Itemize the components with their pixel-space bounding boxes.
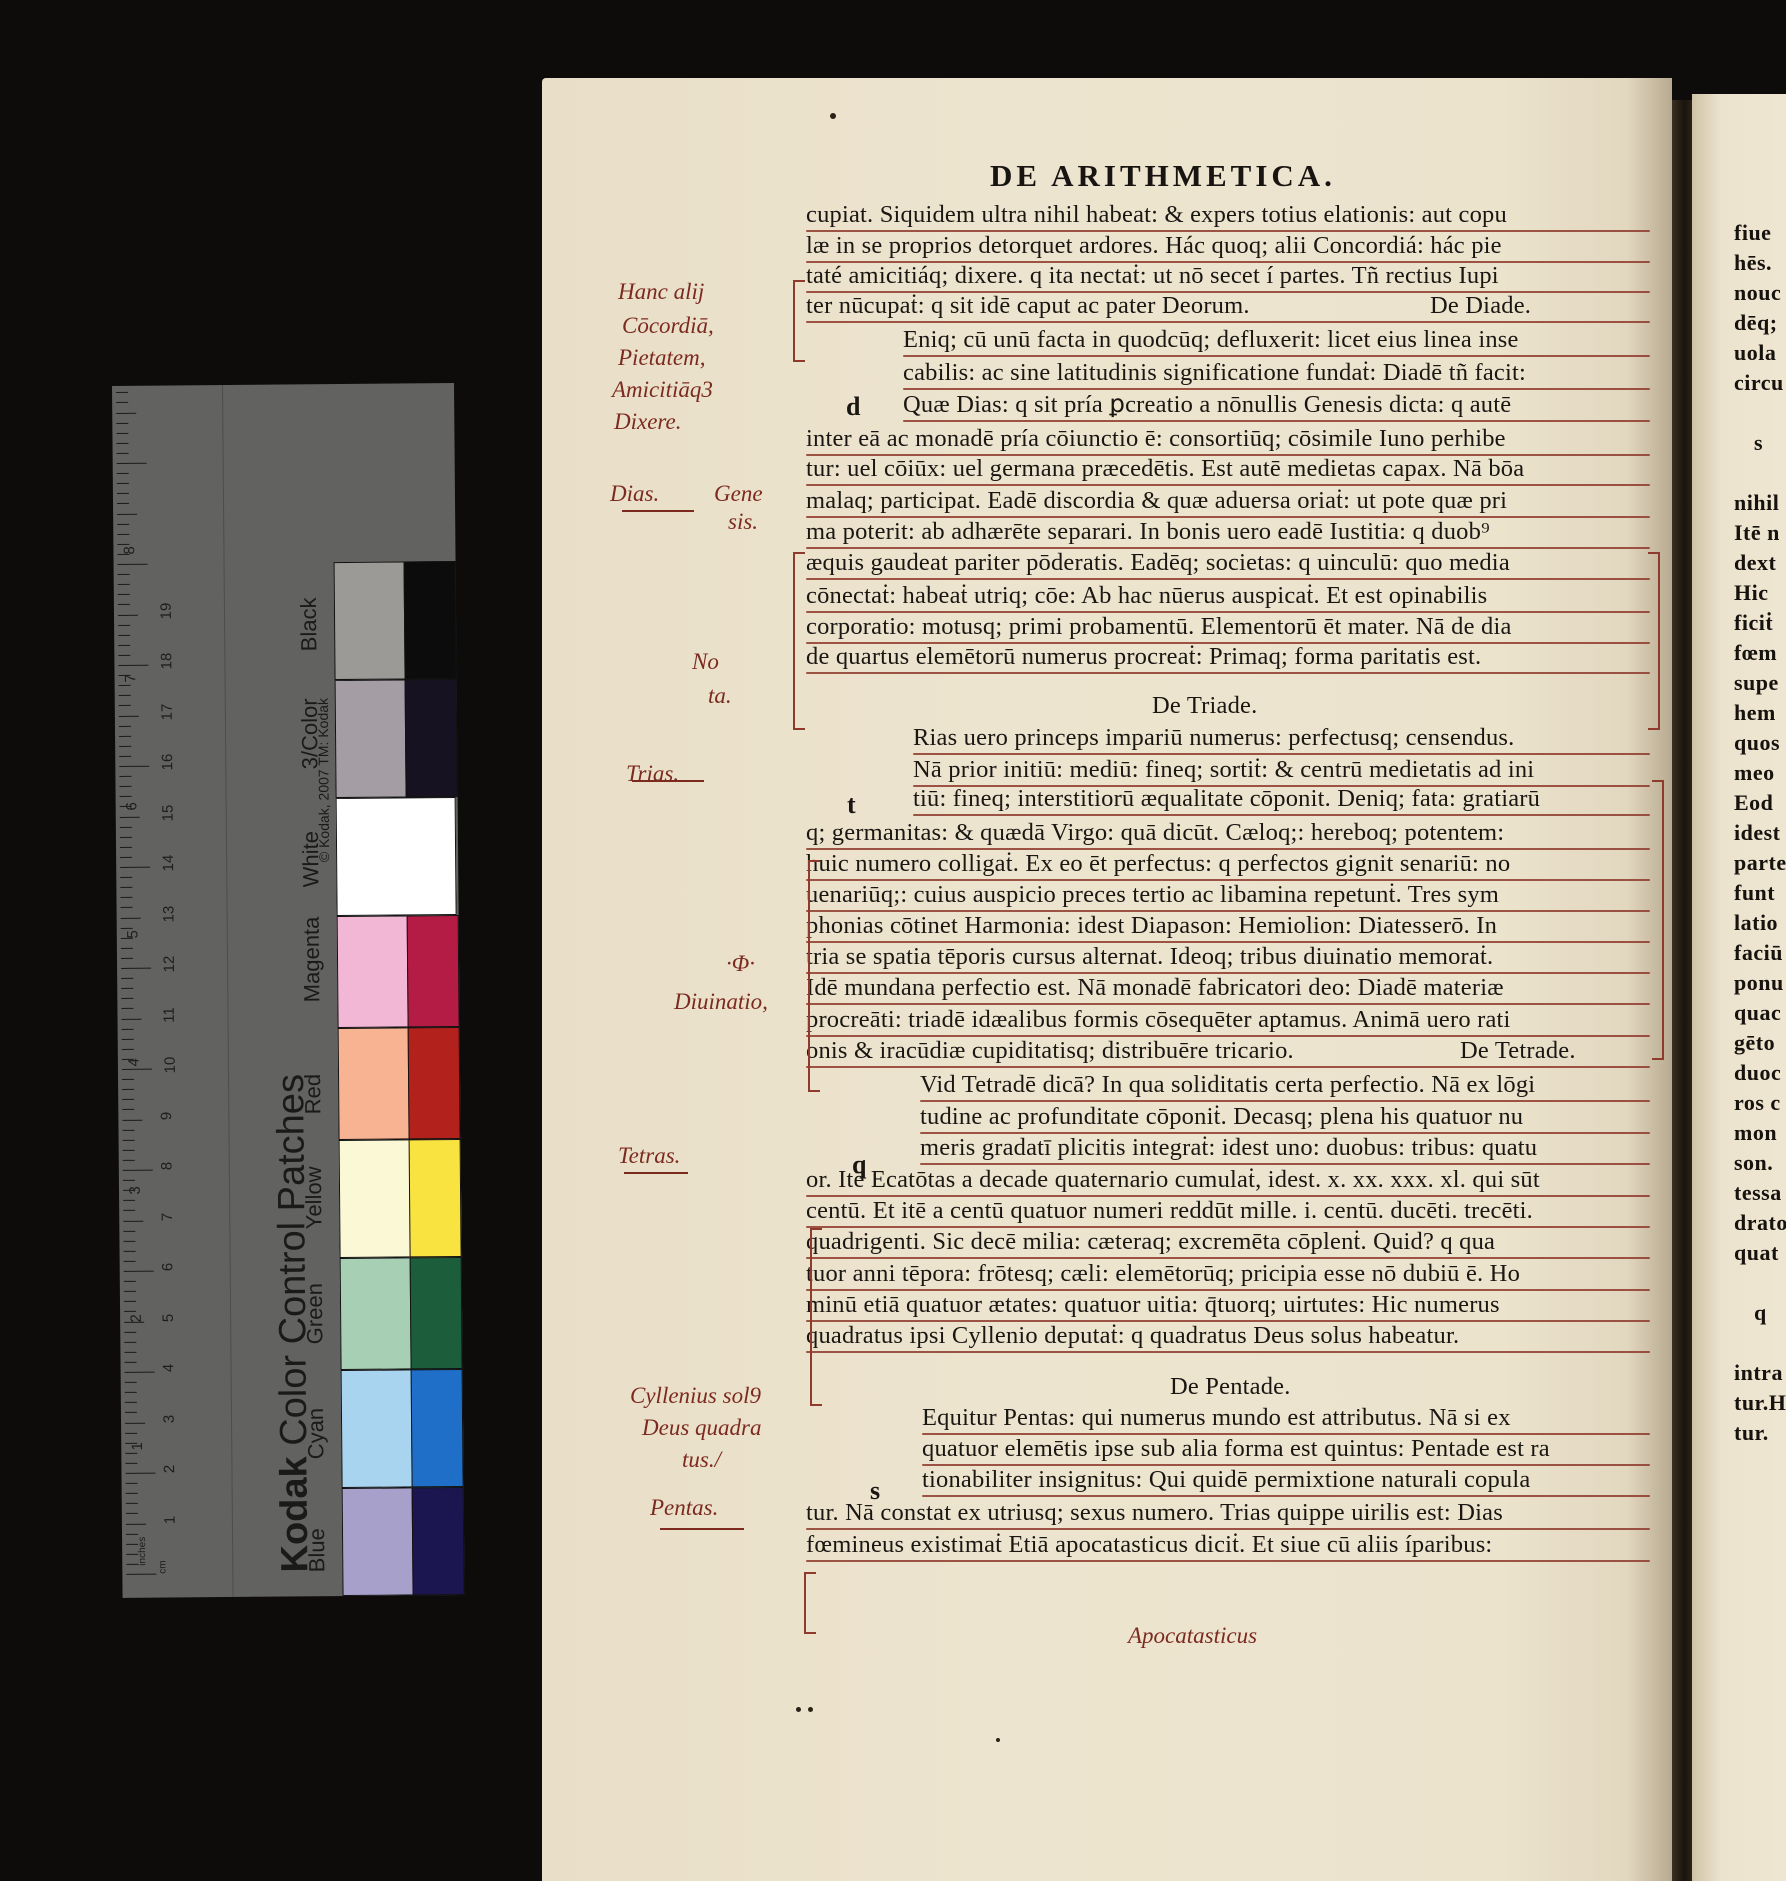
facing-page-text: quat — [1734, 1240, 1779, 1266]
text-line: Idē mundana perfectio est. Nā monadē fab… — [806, 973, 1504, 1003]
color-patch-black-dark — [404, 561, 457, 679]
facing-page-text: funt — [1734, 880, 1775, 906]
facing-page-text: fœm — [1734, 640, 1777, 666]
ruler-cm-label: 16 — [159, 754, 176, 771]
facing-page-text: s — [1754, 430, 1763, 456]
ruler-tick — [118, 645, 130, 646]
color-patch-cyan-dark — [411, 1369, 464, 1487]
color-patch-blue-light — [342, 1487, 415, 1596]
guide-letter: t — [847, 790, 856, 820]
ruler-inch-label: 1 — [129, 1442, 146, 1450]
ruler-tick — [116, 443, 128, 444]
margin-note: Hanc alij — [618, 278, 704, 306]
ruler-cm-label: 11 — [161, 1007, 178, 1023]
ruler-tick — [119, 725, 131, 726]
ruler-tick — [117, 523, 129, 524]
ruler-cm-label: 5 — [160, 1313, 177, 1321]
text-line: de quartus elemētorū numerus procreaṫ: P… — [806, 642, 1481, 672]
text-line: taté amicitiáq; dixere. q ita nectaṫ: ut… — [806, 261, 1499, 291]
text-line: or. Itē Ecatōtas a decade quaternario cu… — [806, 1165, 1540, 1195]
ruler-tick — [120, 837, 132, 838]
rubric-underline — [806, 672, 1650, 674]
rubric-underline — [913, 814, 1650, 816]
ruler-tick — [126, 1503, 138, 1504]
ruler-tick — [120, 867, 150, 868]
ruler-tick — [118, 665, 148, 666]
text-line: æquis gaudeat pariter pōderatis. Eadēq; … — [806, 548, 1510, 578]
ruler-tick — [126, 1483, 138, 1484]
ruler-tick — [118, 604, 130, 605]
ruler-cm-label: 1 — [162, 1515, 179, 1523]
ruler-tick — [124, 1271, 154, 1272]
rubric-bracket — [804, 1572, 816, 1634]
rubric-bracket — [1652, 780, 1664, 1060]
facing-page-text: ros c — [1734, 1090, 1781, 1116]
ruler-tick — [123, 1230, 135, 1231]
ink-spot — [830, 113, 836, 119]
facing-page-edge: fiuehēs.noucdēq;uolacircusnihilItē ndext… — [1692, 94, 1786, 1881]
text-line: tuor anni tēpora: frōtesq; cæli: elemēto… — [806, 1259, 1520, 1289]
text-line: Quæ Dias: q sit pría ꝑcreatio a nōnullis… — [903, 390, 1511, 420]
text-line: tionabiliter insignitus: Qui quidē permi… — [922, 1465, 1530, 1495]
ruler-tick — [120, 877, 132, 878]
ruler-tick — [116, 392, 128, 393]
ruler-tick — [123, 1220, 143, 1221]
text-line: meris gradatī plicitis integraṫ: idest u… — [920, 1133, 1537, 1163]
section-heading: De Triade. — [1152, 691, 1257, 721]
facing-page-text: quos — [1734, 730, 1780, 756]
ruler-inch-label: 3 — [127, 1186, 144, 1194]
ruler-tick — [116, 412, 136, 413]
rubric-underline — [806, 321, 1650, 323]
ruler-tick — [117, 473, 129, 474]
ruler-tick — [116, 422, 128, 423]
text-line: quadratus ipsi Cyllenio deputaṫ: q quadr… — [806, 1321, 1459, 1351]
text-line: malaq; participat. Eadē discordia & quæ … — [806, 486, 1507, 516]
margin-note: Cōcordiā, — [622, 312, 714, 340]
patch-label: White — [298, 831, 324, 887]
color-patch-3color-dark — [405, 679, 458, 797]
ink-spot — [996, 1738, 1000, 1742]
ruler-inch-label: 7 — [122, 674, 139, 682]
ruler-cm-label: 14 — [160, 855, 177, 872]
facing-page-text: ponu — [1734, 970, 1784, 996]
rubric-bracket — [1648, 552, 1660, 730]
facing-page-text: nihil — [1734, 490, 1779, 516]
text-line: uenariūq;: cuius auspicio preces tertio … — [806, 880, 1499, 910]
ruler-tick — [124, 1281, 136, 1282]
color-patch-green-light — [340, 1257, 413, 1370]
note-underline — [632, 780, 704, 782]
rubric-underline — [806, 1560, 1650, 1562]
ruler-tick — [120, 796, 132, 797]
text-line: Equitur Pentas: qui numerus mundo est at… — [922, 1403, 1511, 1433]
facing-page-text: uola — [1734, 340, 1776, 366]
margin-note: Apocatasticus — [1128, 1622, 1257, 1650]
rubric-underline — [806, 1351, 1650, 1353]
section-heading: De Pentade. — [1170, 1372, 1291, 1402]
ruler-tick — [121, 1008, 133, 1009]
ruler-tick — [118, 624, 130, 625]
ruler-tick — [125, 1432, 137, 1433]
text-line: cupiat. Siquidem ultra nihil habeat: & e… — [806, 200, 1507, 230]
ruler-tick — [117, 544, 129, 545]
ruler-tick — [119, 766, 149, 767]
patch-label: Cyan — [303, 1408, 329, 1460]
ruler-tick — [116, 402, 128, 403]
ruler-tick — [117, 493, 129, 494]
margin-note: Dixere. — [614, 408, 681, 436]
margin-note: Pietatem, — [618, 344, 706, 372]
patch-label: Green — [302, 1283, 329, 1344]
ruler-tick — [122, 1049, 134, 1050]
ruler-tick — [125, 1362, 137, 1363]
color-patch-3color-light — [335, 679, 408, 798]
text-line: minū etiā quatuor ætates: quatuor uitia:… — [806, 1290, 1500, 1320]
ruler-tick — [118, 584, 130, 585]
ruler-tick — [121, 958, 133, 959]
text-line: tur: uel cōiūx: uel germana præcedētis. … — [806, 454, 1524, 484]
text-line: phonias cōtinet Harmonia: idest Diapason… — [806, 911, 1497, 941]
ruler-tick — [122, 1028, 134, 1029]
facing-page-text: dext — [1734, 550, 1776, 576]
ruler-tick — [119, 685, 131, 686]
ruler-tick — [120, 857, 132, 858]
text-line: quatuor elemētis ipse sub alia forma est… — [922, 1434, 1550, 1464]
text-line: Nā prior initiū: mediū: fineq; sortiṫ: &… — [913, 755, 1534, 785]
facing-page-text: idest — [1734, 820, 1781, 846]
ruler-tick — [126, 1493, 138, 1494]
ruler-tick — [123, 1160, 135, 1161]
ruler-cm-label: 6 — [159, 1263, 176, 1271]
ruler-tick — [123, 1170, 153, 1171]
ruler-tick — [123, 1150, 135, 1151]
ruler-cm-label: 9 — [158, 1111, 175, 1119]
patch-label: 3/Color — [297, 698, 324, 769]
ruler-tick — [124, 1251, 136, 1252]
color-patch-red-light — [338, 1027, 411, 1140]
margin-note: Diuinatio, — [674, 988, 768, 1016]
ruler-tick — [117, 453, 129, 454]
ruler-tick — [119, 746, 131, 747]
ruler-cm-label: 4 — [160, 1364, 177, 1372]
text-line: procreāti: triadē idæalibus formis cōseq… — [806, 1005, 1511, 1035]
kodak-target-title: Color Control Patches — [270, 1074, 315, 1446]
text-line: Rias uero princeps impariū numerus: perf… — [913, 723, 1514, 753]
ruler-tick — [122, 1099, 134, 1100]
text-line: tria se spatia tēporis cursus alternat. … — [806, 942, 1493, 972]
ruler-tick — [116, 433, 128, 434]
ruler-tick — [122, 1119, 142, 1120]
text-line: ma poterit: ab adhærēte separari. In bon… — [806, 517, 1490, 547]
section-heading: De Diade. — [1430, 291, 1531, 321]
patch-label: Magenta — [299, 917, 326, 1003]
ruler-tick — [117, 513, 137, 514]
patch-label: Red — [300, 1074, 326, 1115]
ruler-tick — [119, 786, 131, 787]
text-line: Vid Tetradē dicā? In qua soliditatis cer… — [920, 1070, 1535, 1100]
patch-label: Yellow — [301, 1166, 328, 1229]
ruler-tick — [124, 1261, 136, 1262]
ruler-cm-label: 12 — [161, 956, 178, 973]
guide-letter: s — [870, 1476, 880, 1506]
margin-note: Trias. — [626, 760, 679, 788]
ruler-tick — [120, 816, 140, 817]
ruler-tick — [118, 635, 130, 636]
facing-page-text: mon — [1734, 1120, 1777, 1146]
margin-note: Tetras. — [618, 1142, 680, 1170]
text-line: huic numero colligaṫ. Ex eo ēt perfectus… — [806, 849, 1510, 879]
patch-label: Black — [296, 597, 322, 651]
facing-page-text: duoc — [1734, 1060, 1781, 1086]
ruler-tick — [124, 1352, 136, 1353]
color-patch-blue-dark — [412, 1487, 465, 1595]
ruler-tick — [118, 574, 130, 575]
facing-page-text: tur. — [1734, 1420, 1769, 1446]
rubric-underline — [806, 578, 1650, 580]
ruler-tick — [125, 1372, 155, 1373]
ruler-tick — [126, 1533, 138, 1534]
margin-note: Dias. — [610, 480, 659, 508]
ruler-tick — [123, 1180, 135, 1181]
text-line: onis & iracūdiæ cupiditatisq; distribuēr… — [806, 1036, 1294, 1066]
text-line: centū. Et itē a centū quatuor numeri red… — [806, 1196, 1533, 1226]
text-line: cōnectaṫ: habeaṫ utriq; cōe: Ab hac nūer… — [806, 581, 1487, 611]
ruler-tick — [119, 715, 139, 716]
ruler-tick — [118, 564, 148, 565]
rubric-underline — [806, 1066, 1650, 1068]
ruler-tick — [122, 1129, 134, 1130]
ruler-tick — [126, 1574, 156, 1575]
margin-note: ·Φ· — [726, 950, 755, 978]
margin-note: Gene — [714, 480, 763, 508]
color-patch-red-dark — [408, 1027, 461, 1139]
ruler-tick — [120, 897, 132, 898]
text-line: inter eā ac monadē pría cōiunctio ē: con… — [806, 424, 1506, 454]
ruler-cm-label: 2 — [161, 1465, 178, 1473]
text-line: ter nūcupaṫ: q sit idē caput ac pater De… — [806, 291, 1250, 321]
facing-page-text: supe — [1734, 670, 1779, 696]
ruler-tick — [121, 948, 133, 949]
ruler-tick — [123, 1200, 135, 1201]
facing-page-text: latio — [1734, 910, 1778, 936]
ruler-tick — [121, 917, 141, 918]
text-line: læ in se proprios detorquet ardores. Hác… — [806, 231, 1502, 261]
ruler-tick — [121, 907, 133, 908]
text-line: tiū: fineq; interstitiorū æqualitate cōp… — [913, 784, 1540, 814]
ruler-tick — [117, 463, 147, 464]
rubric-bracket — [793, 552, 805, 730]
rubric-underline — [903, 420, 1650, 422]
ruler-cm-label: 7 — [159, 1212, 176, 1220]
ruler-tick — [125, 1473, 155, 1474]
ink-spot — [796, 1707, 801, 1712]
margin-note: Cyllenius sol9 — [630, 1382, 761, 1410]
facing-page-text: q — [1754, 1300, 1767, 1326]
ruler-tick — [118, 655, 130, 656]
facing-page-text: tessa — [1734, 1180, 1782, 1206]
note-underline — [660, 1528, 744, 1530]
note-underline — [622, 510, 694, 512]
ruler-tick — [119, 776, 131, 777]
ruler-tick — [119, 756, 131, 757]
ruler-tick — [117, 483, 129, 484]
ruler-tick — [120, 826, 132, 827]
ruler-cm-label: 13 — [160, 905, 177, 922]
ruler-cm-label: 3 — [161, 1414, 178, 1422]
facing-page-text: dēq; — [1734, 310, 1778, 336]
ruler-tick — [123, 1140, 135, 1141]
running-head: DE ARITHMETICA. — [990, 158, 1336, 194]
ruler-tick — [122, 1069, 152, 1070]
ruler-tick — [125, 1392, 137, 1393]
text-line: q; germanitas: & quædā Virgo: quā dicūt.… — [806, 818, 1504, 848]
facing-page-text: fiue — [1734, 220, 1771, 246]
ruler-tick — [125, 1453, 137, 1454]
ruler-tick — [126, 1523, 146, 1524]
patch-label: Blue — [304, 1528, 330, 1572]
rubric-bracket — [810, 1228, 822, 1406]
margin-note: sis. — [728, 508, 758, 536]
color-patch-magenta-light — [337, 915, 410, 1028]
rubric-bracket — [793, 280, 805, 362]
ruler-tick — [119, 705, 131, 706]
ruler-tick — [121, 927, 133, 928]
facing-page-text: hēs. — [1734, 250, 1772, 276]
ruler-tick — [122, 1109, 134, 1110]
ruler-tick — [124, 1311, 136, 1312]
ruler-tick — [121, 988, 133, 989]
ruler-tick — [123, 1241, 135, 1242]
kodak-color-target: 1234567891011121314151617181912345678inc… — [112, 383, 465, 1598]
facing-page-text: hem — [1734, 700, 1776, 726]
margin-note: ta. — [708, 682, 732, 710]
facing-page-text: Hic — [1734, 580, 1769, 606]
color-patch-magenta-dark — [407, 915, 460, 1027]
facing-page-text: parte — [1734, 850, 1786, 876]
ruler-tick — [124, 1331, 136, 1332]
ruler-tick — [121, 968, 151, 969]
ruler-tick — [118, 614, 138, 615]
ruler-cm-label: 19 — [158, 602, 175, 619]
text-line: tudine ac profunditate cōponiṫ. Decasq; … — [920, 1102, 1523, 1132]
text-line: tur. Nā constat ex utriusq; sexus numero… — [806, 1498, 1503, 1528]
text-line: quadrigenti. Sic decē milia: cæteraq; ex… — [806, 1227, 1495, 1257]
rubric-bracket — [808, 860, 820, 1092]
margin-note: No — [692, 648, 719, 676]
text-line: corporatio: motusq; primi probamentū. El… — [806, 612, 1512, 642]
ruler-unit-inches: inches — [137, 1537, 148, 1566]
ink-spot — [808, 1707, 813, 1712]
guide-letter: d — [846, 392, 860, 422]
color-patch-yellow-light — [339, 1139, 412, 1258]
ruler-tick — [120, 847, 132, 848]
color-patch-yellow-dark — [409, 1139, 462, 1257]
ruler-tick — [121, 998, 133, 999]
margin-note: Amicitiāq3 — [612, 376, 713, 404]
book-gutter — [1672, 100, 1692, 1881]
color-patch-green-dark — [410, 1257, 463, 1369]
ruler-tick — [125, 1382, 137, 1383]
text-line: Eniq; cū unū facta in quodcūq; defluxeri… — [903, 325, 1519, 355]
facing-page-text: tur.H — [1734, 1390, 1786, 1416]
facing-page-text: ficiṫ — [1734, 610, 1773, 636]
facing-page-text: faciū — [1734, 940, 1783, 966]
margin-note: Deus quadra — [642, 1414, 761, 1442]
ruler-tick — [123, 1210, 135, 1211]
ruler-tick — [124, 1291, 136, 1292]
rubric-underline — [922, 1495, 1650, 1497]
margin-note: Pentas. — [650, 1494, 718, 1522]
ruler-inch-label: 5 — [124, 930, 141, 938]
ruler-cm-label: 8 — [158, 1162, 175, 1170]
facing-page-text: meo — [1734, 760, 1775, 786]
facing-page-text: Eod — [1734, 790, 1773, 816]
facing-page-text: circu — [1734, 370, 1784, 396]
ruler: 1234567891011121314151617181912345678inc… — [112, 385, 234, 1598]
color-patch-black-light — [334, 561, 407, 680]
note-underline — [624, 1172, 688, 1174]
text-line: fœmineus existimaṫ Etiā apocatasticus di… — [806, 1530, 1492, 1560]
facing-page-text: Itē n — [1734, 520, 1780, 546]
ruler-inch-label: 8 — [121, 546, 138, 554]
ruler-tick — [119, 695, 131, 696]
ruler-tick — [122, 1079, 134, 1080]
margin-note: tus./ — [682, 1446, 721, 1474]
ruler-tick — [122, 1089, 134, 1090]
ruler-tick — [125, 1402, 137, 1403]
ruler-tick — [125, 1412, 137, 1413]
ruler-cm-label: 18 — [158, 653, 175, 670]
facing-page-text: quac — [1734, 1000, 1781, 1026]
ruler-tick — [124, 1342, 136, 1343]
facing-page-text: intra — [1734, 1360, 1783, 1386]
ruler-cm-label: 15 — [159, 804, 176, 821]
ruler-inch-label: 2 — [128, 1314, 145, 1322]
section-heading: De Tetrade. — [1460, 1036, 1576, 1066]
facing-page-text: son. — [1734, 1150, 1773, 1176]
ruler-inch-label: 4 — [126, 1058, 143, 1066]
ruler-tick — [125, 1422, 145, 1423]
ruler-tick — [126, 1513, 138, 1514]
rubric-underline — [903, 355, 1650, 357]
ruler-tick — [120, 887, 132, 888]
facing-page-text: gēto — [1734, 1030, 1775, 1056]
color-patch-white — [336, 797, 457, 916]
ruler-tick — [121, 978, 133, 979]
ruler-tick — [118, 594, 130, 595]
guide-letter: q — [852, 1150, 866, 1180]
ruler-unit-cm: cm — [157, 1560, 168, 1573]
ruler-tick — [122, 1039, 134, 1040]
ruler-cm-label: 17 — [159, 703, 176, 720]
ruler-inch-label: 6 — [123, 802, 140, 810]
ruler-tick — [117, 534, 129, 535]
color-patch-cyan-light — [341, 1369, 414, 1488]
facing-page-text: drato — [1734, 1210, 1786, 1236]
ruler-tick — [122, 1018, 142, 1019]
facing-page-text: nouc — [1734, 280, 1781, 306]
ruler-cm-label: 10 — [162, 1057, 179, 1074]
ruler-tick — [124, 1301, 136, 1302]
ruler-tick — [117, 503, 129, 504]
text-line: cabilis: ac sine latitudinis significati… — [903, 358, 1526, 388]
ruler-tick — [119, 736, 131, 737]
ruler-tick — [125, 1463, 137, 1464]
